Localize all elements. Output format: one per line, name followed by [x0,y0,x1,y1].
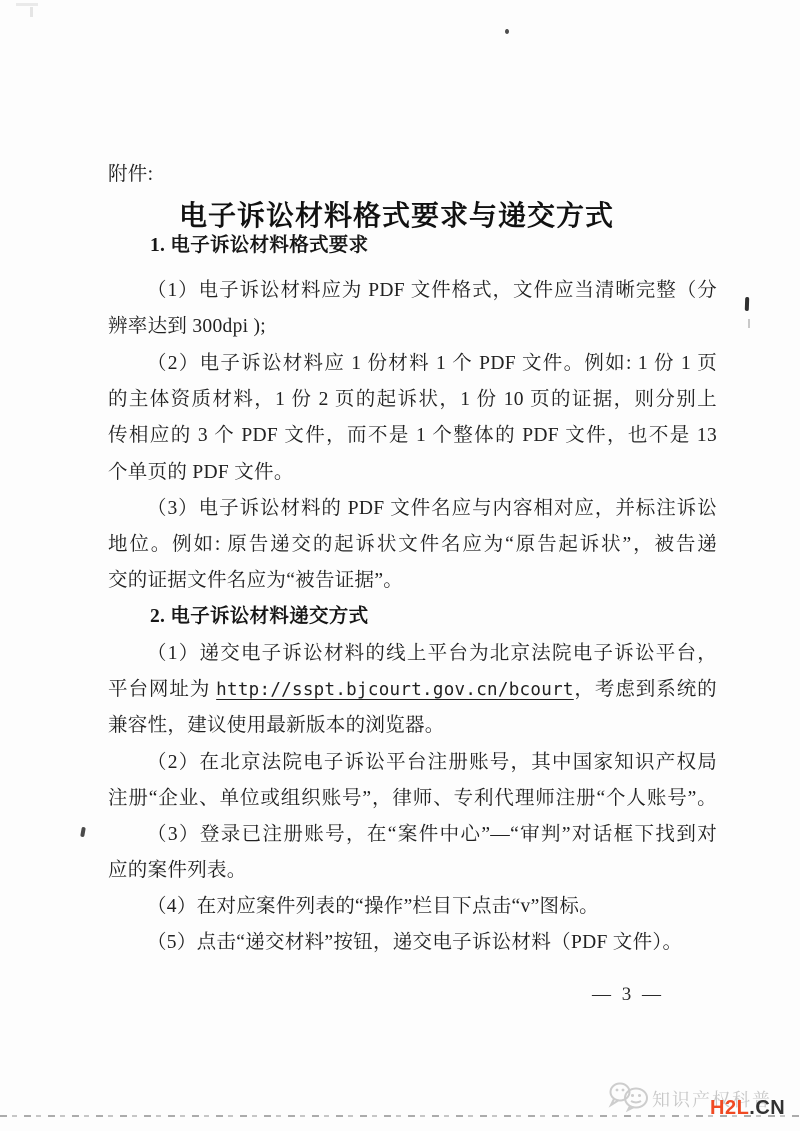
para-2-line-4: 个单页的 PDF 文件。 [108,460,294,486]
text-segment: 的主体资质材料，1 份 2 页的起诉状，1 份 10 页的证据，则分别上 [108,389,717,410]
text-segment: 交的证据文件名应为“被告证据”。 [108,570,403,591]
scan-tick-right-faint [748,319,750,328]
text-segment: 个单页的 PDF 文件。 [108,462,294,483]
text-segment: 2. 电子诉讼材料递交方式 [150,606,368,627]
para-5-line-1: （2）在北京法院电子诉讼平台注册账号，其中国家知识产权局 [147,750,717,776]
text-segment: （2）电子诉讼材料应 1 份材料 1 个 PDF 文件。例如: 1 份 1 页 [147,353,717,374]
para-6-line-1: （3）登录已注册账号，在“案件中心”—“审判”对话框下找到对 [147,822,717,848]
text-segment: 注册“企业、单位或组织账号”，律师、专利代理师注册“个人账号”。 [108,788,717,809]
text-segment: （3）登录已注册账号，在“案件中心”—“审判”对话框下找到对 [147,824,717,845]
text-segment: ，考虑到系统的 [574,679,717,700]
text-segment: 兼容性，建议使用最新版本的浏览器。 [108,715,445,736]
text-segment: （2）在北京法院电子诉讼平台注册账号，其中国家知识产权局 [147,752,717,773]
para-8-line-1: （5）点击“递交材料”按钮，递交电子诉讼材料（PDF 文件）。 [147,930,682,956]
para-2-line-1: （2）电子诉讼材料应 1 份材料 1 个 PDF 文件。例如: 1 份 1 页 [147,351,717,377]
para-2-line-2: 的主体资质材料，1 份 2 页的起诉状，1 份 10 页的证据，则分别上 [108,387,717,413]
para-3-line-2: 地位。例如: 原告递交的起诉状文件名应为“原告起诉状”，被告递 [108,532,717,558]
para-1-line-2: 辨率达到 300dpi ); [108,314,266,340]
watermark-brand: 知识产权科普 H2L.CN [606,1078,800,1120]
para-1-line-1: （1）电子诉讼材料应为 PDF 文件格式，文件应当清晰完整（分 [147,278,717,304]
para-7-line-1: （4）在对应案件列表的“操作”栏目下点击“v”图标。 [147,894,599,920]
text-segment: （5）点击“递交材料”按钮，递交电子诉讼材料（PDF 文件）。 [147,932,682,953]
text-segment: （3）电子诉讼材料的 PDF 文件名应与内容相对应，并标注诉讼 [147,498,717,519]
text-segment: （1）电子诉讼材料应为 PDF 文件格式，文件应当清晰完整（分 [147,280,717,301]
para-3-line-1: （3）电子诉讼材料的 PDF 文件名应与内容相对应，并标注诉讼 [147,496,717,522]
attachment-label: 附件: [108,162,153,188]
para-3-line-3: 交的证据文件名应为“被告证据”。 [108,568,403,594]
platform-url: http://sspt.bjcourt.gov.cn/bcourt [216,680,574,700]
para-4-line-2: 平台网址为 http://sspt.bjcourt.gov.cn/bcourt，… [108,677,717,703]
para-4-line-3: 兼容性，建议使用最新版本的浏览器。 [108,713,445,739]
section-1-heading: 1. 电子诉讼材料格式要求 [150,233,368,259]
scan-speck-top-left [16,3,38,6]
scan-tick-right [745,297,749,311]
section-2-heading: 2. 电子诉讼材料递交方式 [150,604,368,630]
text-segment: （1）递交电子诉讼材料的线上平台为北京法院电子诉讼平台， [147,643,717,664]
text-segment: （4）在对应案件列表的“操作”栏目下点击“v”图标。 [147,896,599,917]
document-title: 电子诉讼材料格式要求与递交方式 [0,194,793,234]
text-segment: 附件: [108,164,153,185]
text-segment: 1. 电子诉讼材料格式要求 [150,235,368,256]
text-segment: 辨率达到 300dpi ); [108,316,266,337]
scan-edge-line [0,1115,800,1117]
para-6-line-2: 应的案件列表。 [108,858,247,884]
text-segment: 地位。例如: 原告递交的起诉状文件名应为“原告起诉状”，被告递 [108,534,717,555]
scan-speck-top-left-2 [30,7,33,17]
wechat-chat-bubbles-icon [606,1081,650,1118]
scan-comma-left [80,827,86,838]
text-segment: 平台网址为 [108,679,216,700]
text-segment: 应的案件列表。 [108,860,247,881]
para-5-line-2: 注册“企业、单位或组织账号”，律师、专利代理师注册“个人账号”。 [108,786,717,812]
scan-speck-top-center [505,29,509,34]
text-segment: 传相应的 3 个 PDF 文件，而不是 1 个整体的 PDF 文件，也不是 13 [108,425,717,446]
para-2-line-3: 传相应的 3 个 PDF 文件，而不是 1 个整体的 PDF 文件，也不是 13 [108,423,717,449]
scanned-document-page: 电子诉讼材料格式要求与递交方式 附件:1. 电子诉讼材料格式要求（1）电子诉讼材… [0,0,800,1131]
para-4-line-1: （1）递交电子诉讼材料的线上平台为北京法院电子诉讼平台， [147,641,717,667]
page-number: — 3 — [592,984,664,1006]
